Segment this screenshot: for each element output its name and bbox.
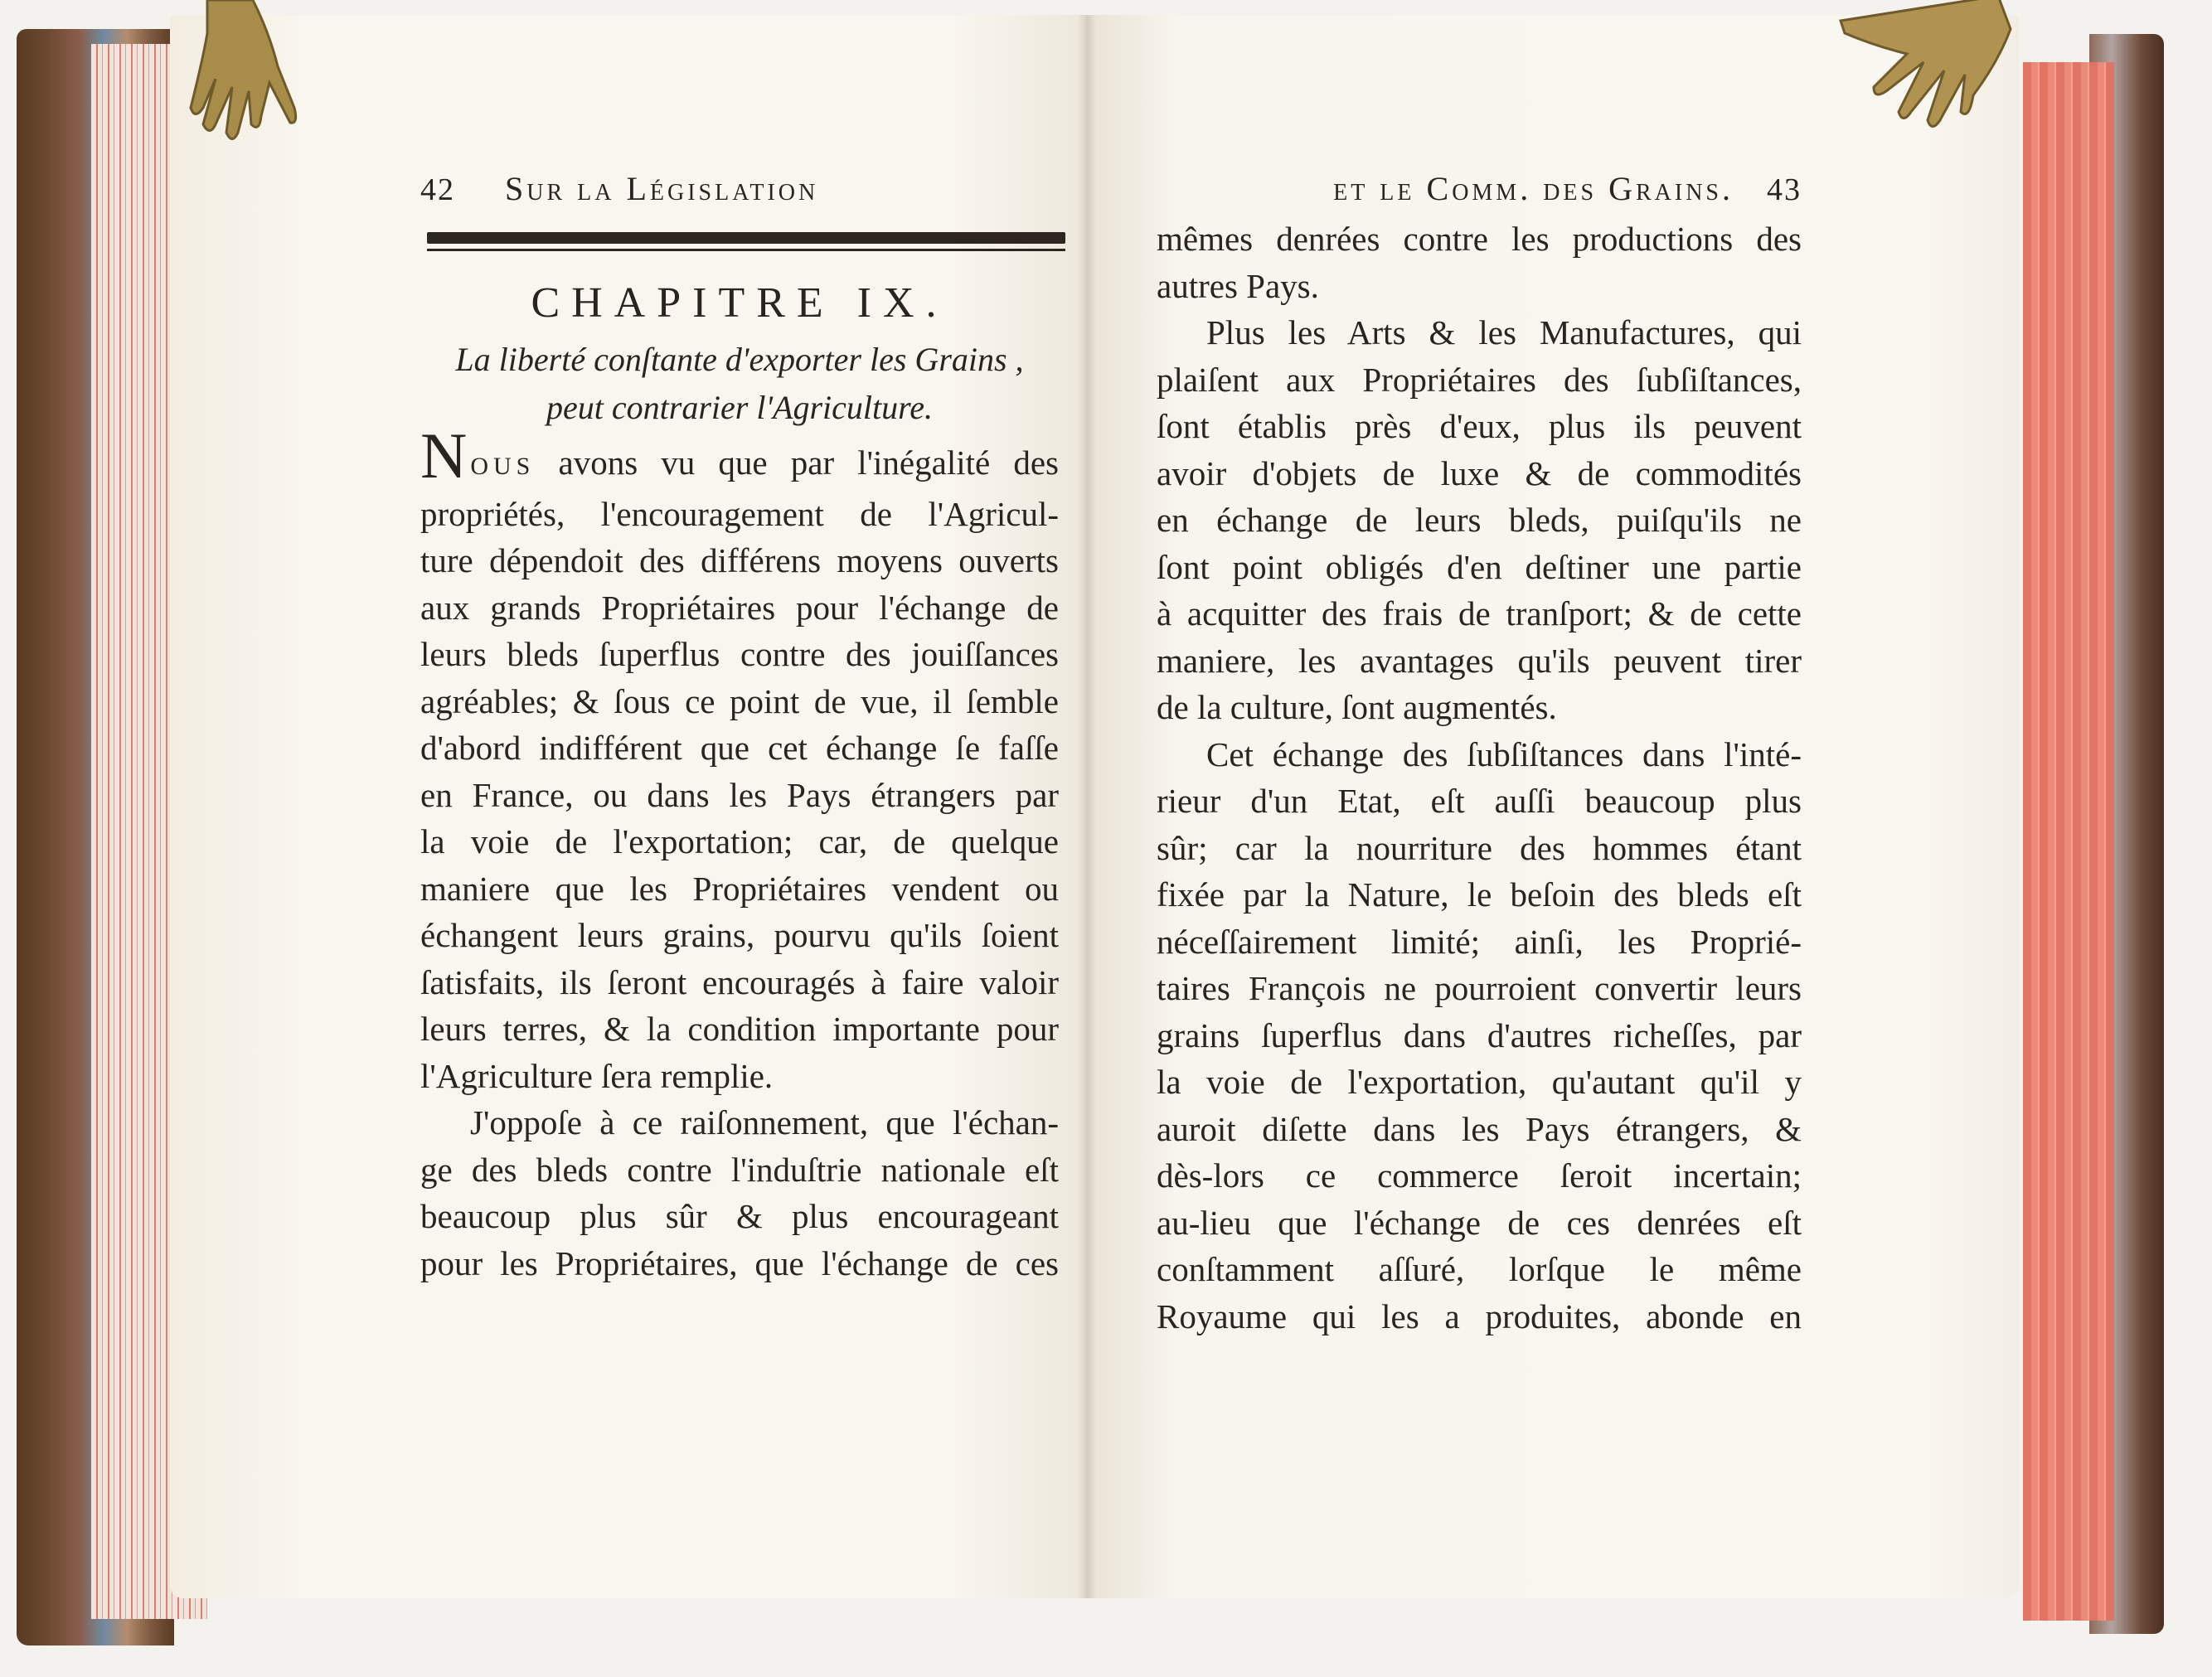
text-line: dès-lors ce commerce ſeroit incertain; xyxy=(1157,1152,1802,1200)
text-line: de la culture, ſont augmentés. xyxy=(1157,684,1802,731)
running-head-title-right: et le Comm. des Grains. xyxy=(1333,166,1734,213)
text-line: Royaume qui les a produites, abonde en xyxy=(1157,1293,1802,1340)
text-line: leurs terres, & la condition importante … xyxy=(420,1006,1059,1053)
text-line: à acquitter des frais de tranſport; & de… xyxy=(1157,590,1802,637)
text-line: maniere, les avantages qu'ils peuvent ti… xyxy=(1157,637,1802,685)
text-line: pour les Propriétaires, que l'échange de… xyxy=(420,1240,1059,1287)
text-line: fixée par la Nature, le beſoin des bleds… xyxy=(1157,871,1802,918)
text-line: échangent leurs grains, pourvu qu'ils ſo… xyxy=(420,912,1059,959)
text-line: ſont point obligés d'en deſtiner une par… xyxy=(1157,544,1802,591)
ornamental-rule-thin xyxy=(427,249,1065,251)
text-line: plaiſent aux Propriétaires des ſubſiſtan… xyxy=(1157,356,1802,404)
text-line: propriétés, l'encouragement de l'Agricul… xyxy=(420,491,1059,538)
subtitle-line: La liberté conſtante d'exporter les Grai… xyxy=(420,336,1059,384)
text-line: J'oppoſe à ce raiſonnement, que l'échan- xyxy=(420,1099,1059,1146)
text-line: en France, ou dans les Pays étrangers pa… xyxy=(420,772,1059,819)
right-running-head: et le Comm. des Grains. 43 xyxy=(1157,166,1802,216)
text-line: en échange de leurs bleds, puiſqu'ils ne xyxy=(1157,497,1802,544)
red-page-edges-right xyxy=(2023,62,2114,1621)
text-line: beaucoup plus sûr & plus encourageant xyxy=(420,1193,1059,1240)
chapter-subtitle: La liberté conſtante d'exporter les Grai… xyxy=(420,336,1059,432)
text-line: d'abord indifférent que cet échange ſe f… xyxy=(420,725,1059,772)
ornamental-rule xyxy=(427,232,1065,244)
text-line: leurs bleds ſuperflus contre des jouiſſa… xyxy=(420,631,1059,678)
brass-hand-right-icon xyxy=(1807,0,2023,145)
paragraph: mêmes denrées contre les productions des… xyxy=(1157,216,1802,309)
text-line: ture dépendoit des différens moyens ouve… xyxy=(420,537,1059,584)
book-gutter xyxy=(1078,15,1096,1598)
paragraph: Cet échange des ſubſiſtances dans l'inté… xyxy=(1157,731,1802,1340)
running-head-title-left: Sur la Législation xyxy=(505,166,818,213)
left-running-head: 42 Sur la Législation xyxy=(420,166,1059,216)
text-line: l'Agriculture ſera remplie. xyxy=(420,1053,1059,1100)
text-line: ge des bleds contre l'induſtrie national… xyxy=(420,1146,1059,1194)
text-line: maniere que les Propriétaires vendent ou xyxy=(420,865,1059,913)
paragraph: J'oppoſe à ce raiſonnement, que l'échan-… xyxy=(420,1099,1059,1287)
text-line: NOUS avons vu que par l'inégalité des xyxy=(420,435,1059,491)
chapter-title: CHAPITRE IX. xyxy=(420,274,1059,332)
text-line: taires François ne pourroient convertir … xyxy=(1157,965,1802,1012)
text-line: la voie de l'exportation, qu'autant qu'i… xyxy=(1157,1059,1802,1106)
text-line: Plus les Arts & les Manufactures, qui xyxy=(1157,309,1802,356)
text-line: néceſſairement limité; ainſi, les Propri… xyxy=(1157,918,1802,966)
paragraph: Plus les Arts & les Manufactures, qui pl… xyxy=(1157,309,1802,731)
subtitle-line: peut contrarier l'Agriculture. xyxy=(420,384,1059,432)
text-line: avoir d'objets de luxe & de commodités xyxy=(1157,450,1802,497)
text-line: mêmes denrées contre les productions des xyxy=(1157,216,1802,263)
text-line: rieur d'un Etat, eſt auſſi beaucoup plus xyxy=(1157,778,1802,825)
text-line: grains ſuperflus dans d'autres richeſſes… xyxy=(1157,1012,1802,1059)
page-number-left: 42 xyxy=(420,167,455,214)
text-line: aux grands Propriétaires pour l'échange … xyxy=(420,584,1059,632)
text-line: conſtamment aſſuré, lorſque le même xyxy=(1157,1246,1802,1293)
left-page-text: 42 Sur la Législation CHAPITRE IX. La li… xyxy=(420,166,1059,1287)
text-line: auroit diſette dans les Pays étrangers, … xyxy=(1157,1106,1802,1153)
brass-hand-left-icon xyxy=(145,0,311,149)
page-number-right: 43 xyxy=(1767,167,1802,214)
text-line: sûr; car la nourriture des hommes étant xyxy=(1157,825,1802,872)
text-line: ſatisfaits, ils ſeront encouragés à fair… xyxy=(420,959,1059,1006)
text-line: Cet échange des ſubſiſtances dans l'inté… xyxy=(1157,731,1802,778)
text-line: ſont établis près d'eux, plus ils peuven… xyxy=(1157,403,1802,450)
right-page-text: et le Comm. des Grains. 43 mêmes denrées… xyxy=(1157,166,1802,1340)
text-line: au-lieu que l'échange de ces denrées eſt xyxy=(1157,1200,1802,1247)
text-line: autres Pays. xyxy=(1157,263,1802,310)
drop-cap: N xyxy=(420,419,467,492)
text-line: la voie de l'exportation; car, de quelqu… xyxy=(420,818,1059,865)
paragraph: NOUS avons vu que par l'inégalité des pr… xyxy=(420,435,1059,1099)
text-line: agréables; & ſous ce point de vue, il ſe… xyxy=(420,678,1059,725)
